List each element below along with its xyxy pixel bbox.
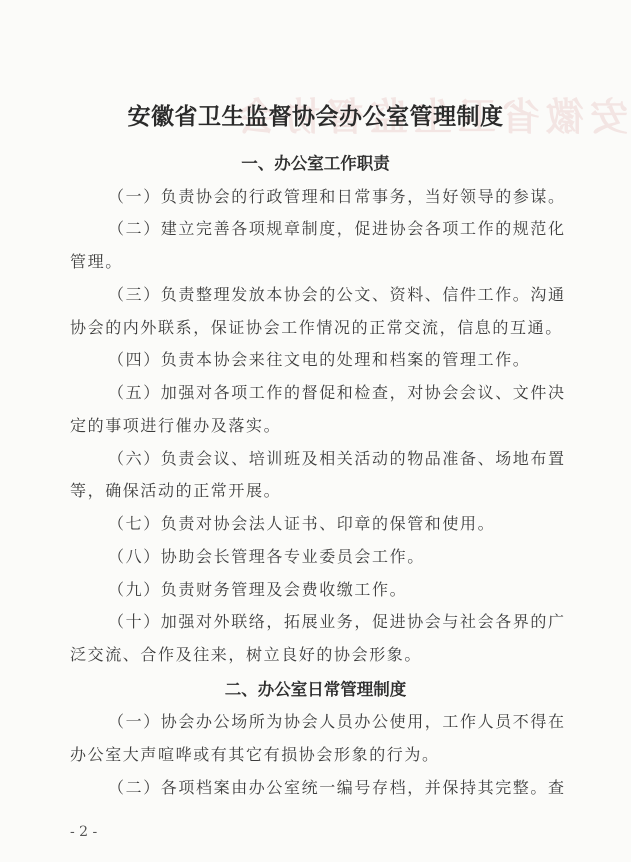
paragraph-line: （一）协会办公场所为协会人员办公使用，工作人员不得在 — [108, 709, 566, 732]
section-heading-1: 一、办公室工作职责 — [0, 150, 631, 174]
paragraph-line: 泛交流、合作及往来，树立良好的协会形象。 — [70, 642, 422, 665]
paragraph-line: （十）加强对外联络，拓展业务，促进协会与社会各界的广 — [108, 609, 566, 632]
paragraph-line: （二）各项档案由办公室统一编号存档，并保持其完整。查 — [108, 775, 566, 798]
paragraph-line: 办公室大声喧哗或有其它有损协会形象的行为。 — [70, 742, 440, 765]
paragraph-line: （六）负责会议、培训班及相关活动的物品准备、场地布置 — [108, 446, 566, 469]
paragraph-line: 定的事项进行催办及落实。 — [70, 413, 281, 436]
paragraph-line: （一）负责协会的行政管理和日常事务，当好领导的参谋。 — [108, 184, 566, 207]
paragraph-line: （九）负责财务管理及会费收缴工作。 — [108, 577, 407, 600]
paragraph-line: （三）负责整理发放本协会的公文、资料、信件工作。沟通 — [108, 282, 566, 305]
paragraph-line: 等，确保活动的正常开展。 — [70, 478, 281, 501]
paragraph-line: 管理。 — [70, 249, 123, 272]
paragraph-line: （八）协助会长管理各专业委员会工作。 — [108, 544, 425, 567]
document-title: 安徽省卫生监督协会办公室管理制度 — [0, 98, 631, 131]
paragraph-line: 协会的内外联系，保证协会工作情况的正常交流，信息的互通。 — [70, 315, 563, 338]
paragraph-line: （五）加强对各项工作的督促和检查，对协会会议、文件决 — [108, 380, 566, 403]
page-number: - 2 - — [70, 824, 97, 840]
paragraph-line: （七）负责对协会法人证书、印章的保管和使用。 — [108, 511, 495, 534]
paragraph-line: （二）建立完善各项规章制度，促进协会各项工作的规范化 — [108, 216, 566, 239]
paragraph-line: （四）负责本协会来往文电的处理和档案的管理工作。 — [108, 347, 530, 370]
document-page: 安徽省卫生监督协会 安徽省卫生监督协会办公室管理制度 一、办公室工作职责 （一）… — [0, 0, 631, 862]
section-heading-2: 二、办公室日常管理制度 — [0, 676, 631, 700]
